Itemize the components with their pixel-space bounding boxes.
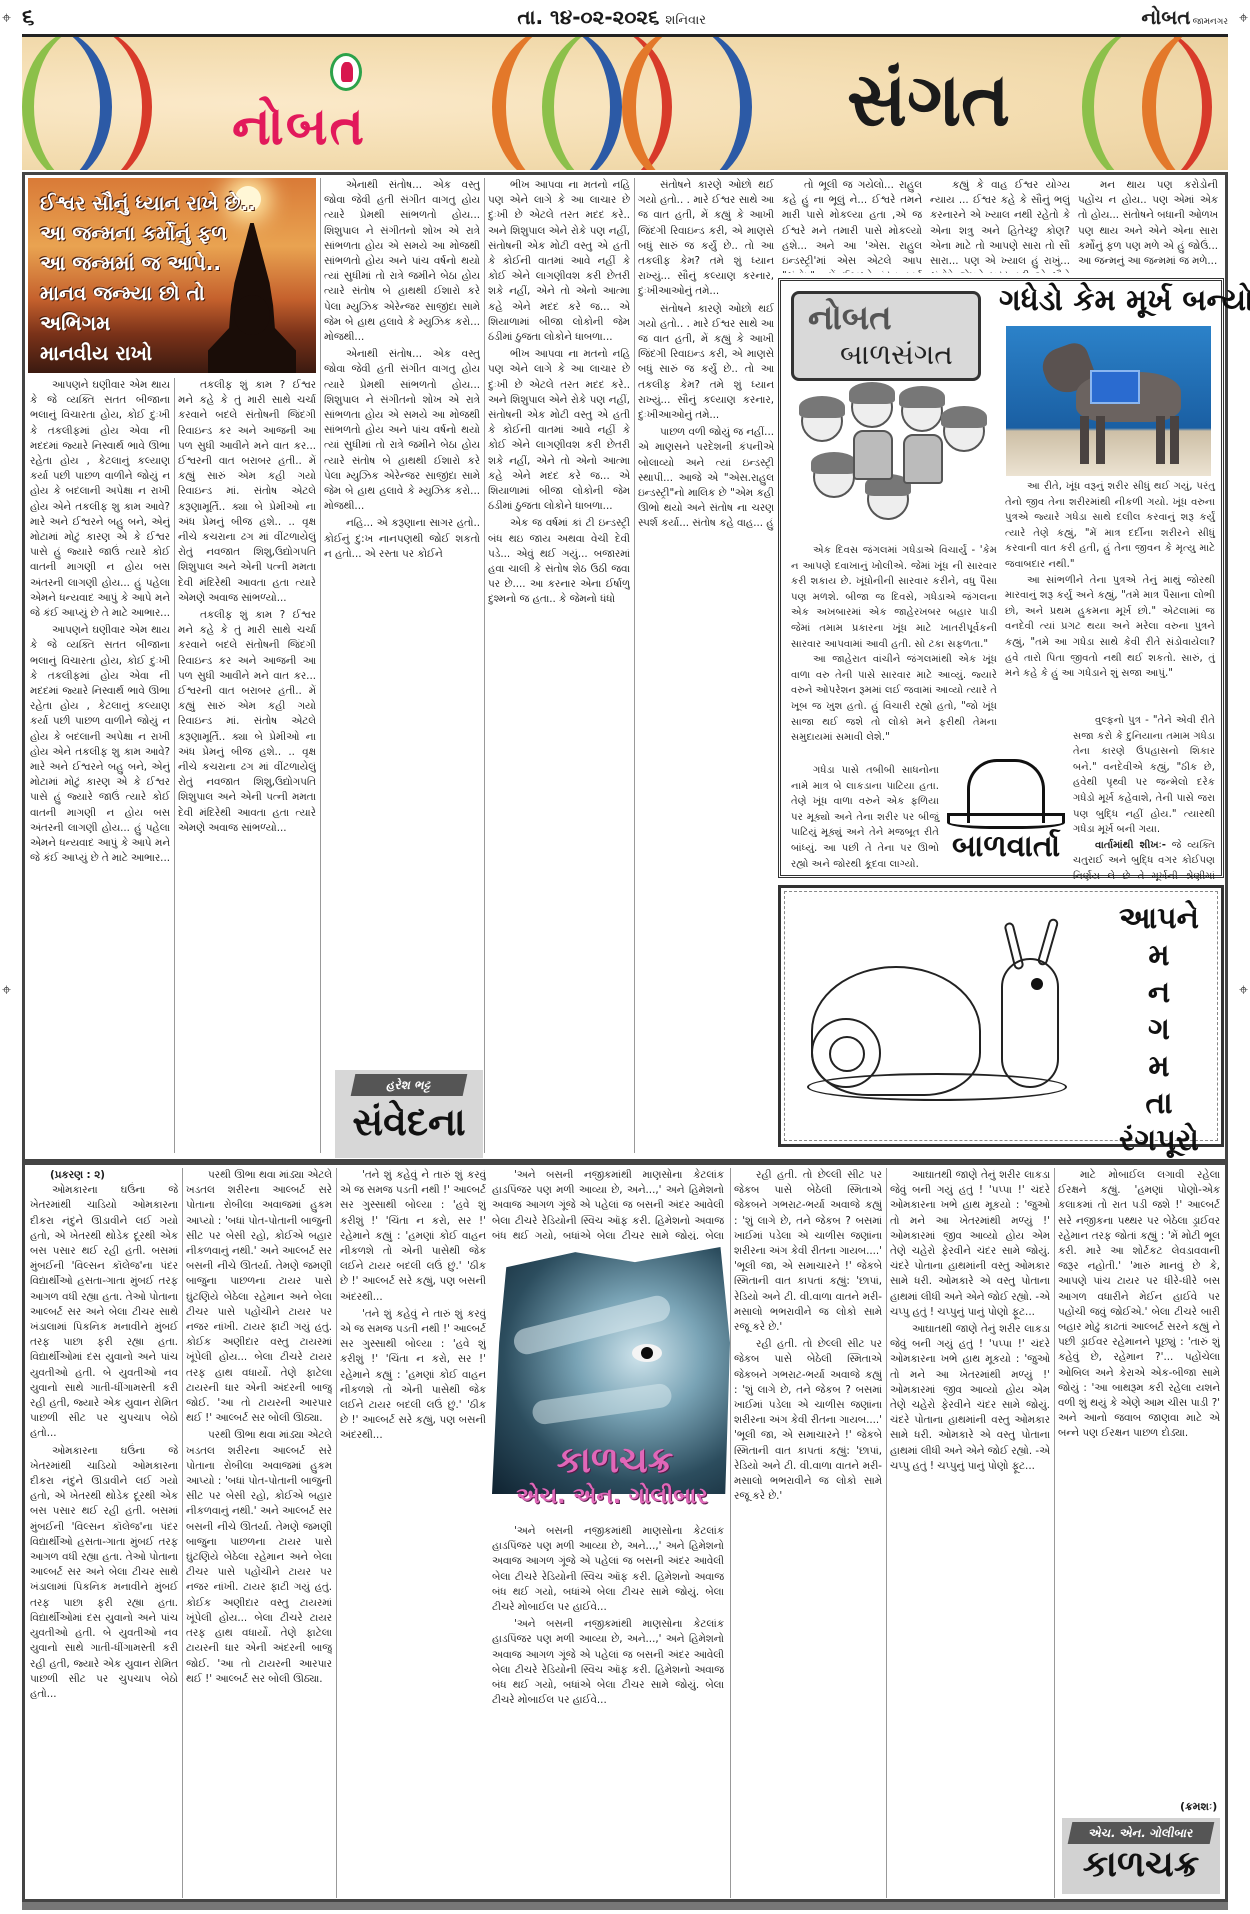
registration-mark-icon: ⌖ xyxy=(1239,980,1248,1000)
donkey-saddle xyxy=(1090,370,1140,404)
sign-title: બાળસંગત xyxy=(840,338,953,372)
article-text: સંતોષને કારણે ઓછો થઈ ગયો હતો.. . મારે ઈશ… xyxy=(638,178,774,300)
article-column: આપણને ઘણીવાર એમ થાય કે જે વ્યક્તિ સતત બી… xyxy=(30,378,170,1153)
article-text: મન થાય પણ કરોડોની પહોંચ ન હોય.. પણ એમાં … xyxy=(1078,178,1218,269)
article-text: ભીખ આપવા ના મતનો નહિ પણ એને લાગે કે આ લા… xyxy=(488,347,630,514)
coloring-section: આપને મ ન ગ મ તા રંગપૂરો xyxy=(778,885,1224,1147)
story-paragraph: એક દિવસ જંગલમાં ગધેડાએ વિચાર્યું - 'કેમ … xyxy=(791,543,997,652)
story-paragraph: આ સાંભળીને તેના પુત્રએ તેનું માથું જોરથી… xyxy=(1005,573,1215,682)
article-text: એનાથી સંતોષ... એક વસ્તુ જોવા જેવી હતી સં… xyxy=(324,347,480,514)
decorative-swirl xyxy=(1142,37,1228,170)
article-column: તો ભૂલી જ ગયેલો... રાહુલ કહે હું ના ભૂલુ… xyxy=(782,178,922,273)
column-byline: હરેશ ભટ્ટ સંવેદના xyxy=(335,1070,483,1158)
hero-image-prayer-sunset: ઈશ્વર સૌનું ધ્યાન રાખે છે.. આ જન્મના કર્… xyxy=(28,178,316,373)
column-divider xyxy=(730,1168,731,1898)
article-text: તકલીફ શું કામ ? ઈશ્વર મને કહે કે તું માર… xyxy=(178,608,316,836)
donkey-leg xyxy=(1170,416,1179,464)
kid-body xyxy=(853,430,893,480)
continued-label: (ક્રમશઃ) xyxy=(1180,1800,1217,1814)
story-paragraph: ગધેડા પાસે તબીબી સાધનોના નામે માત્ર બે લ… xyxy=(791,763,939,872)
author-name: એચ. એન. ગોલીબાર xyxy=(1068,1822,1215,1844)
column-divider xyxy=(320,178,321,1153)
novel-text: રહી હતી. તો છેલ્લી સીટ પર જેકબ પાસે બેઠે… xyxy=(734,1168,882,1335)
donkey-leg xyxy=(1080,416,1089,464)
brand-emblem-icon xyxy=(330,53,362,91)
novel-text: ઓમકારના ઘઉંના જે ખેતરમાંથી ચાડિયો ઓમકારન… xyxy=(30,1444,178,1702)
donkey-leg xyxy=(1096,416,1105,464)
story-right-column-bottom: વુલ્ફનો પુત્ર - "તેને એવી રીતે સજા કરો ક… xyxy=(1073,713,1215,900)
novel-text: આઘાતથી જાણે તેનું શરીર લાકડા જેવું બની ગ… xyxy=(890,1168,1050,1320)
headline-line: માનવીય રાખો xyxy=(40,338,256,368)
story-right-column: આ રીતે, ખૂંધ વરૂનું શરીર સીધું થઈ ગયું, … xyxy=(1005,479,1215,682)
story-left-column-bottom: ગધેડા પાસે તબીબી સાધનોના નામે માત્ર બે લ… xyxy=(791,763,939,872)
article-text: પાછળ વળી જોયું જ નહીં... એ માણસને પરદેશન… xyxy=(638,425,774,531)
column-name: સંવેદના xyxy=(335,1100,483,1145)
kid-face xyxy=(813,456,855,498)
brand-logo: નોબત xyxy=(232,97,366,158)
story-left-column: એક દિવસ જંગલમાં ગધેડાએ વિચાર્યું - 'કેમ … xyxy=(791,543,997,746)
title-line: રંગપૂરો xyxy=(1099,1122,1219,1159)
article-text: સંતોષને કારણે ઓછો થઈ ગયો હતો.. . મારે ઈશ… xyxy=(638,302,774,424)
decorative-swirl xyxy=(622,37,752,170)
section-title: સંગત xyxy=(847,57,1010,144)
article-text: તકલીફ શું કામ ? ઈશ્વર મને કહે કે તું માર… xyxy=(178,378,316,606)
page-header: ૬ તા. ૧૪-૦૨-૨૦૨૬શનિવાર નોબતજામનગર xyxy=(22,0,1228,34)
headline-line: આ જન્મના કર્મોનું ફળ xyxy=(40,218,256,248)
donkey-leg xyxy=(1156,416,1165,464)
article-text: ભીખ આપવા ના મતનો નહિ પણ એને લાગે કે આ લા… xyxy=(488,178,630,345)
article-text: એનાથી સંતોષ... એક વસ્તુ જોવા જેવી હતી સં… xyxy=(324,178,480,345)
article-text: નહિ... એ કરૂણાના સાગર હતો.. કોઈનું દુ:ખ … xyxy=(324,516,480,562)
dateline: તા. ૧૪-૦૨-૨૦૨૬શનિવાર xyxy=(82,5,1141,29)
headline-line: ઈશ્વર સૌનું ધ્યાન રાખે છે.. xyxy=(40,188,256,218)
title-line: તા xyxy=(1099,1085,1219,1122)
balvarta-wordmark: બાળવાર્તા xyxy=(941,829,1071,864)
column-divider xyxy=(1054,1168,1055,1898)
article-text: કહ્યું કે વાહ ઈશ્વર યોગ્ય ન્યાય ... ઈશ્વ… xyxy=(930,178,1070,273)
weekday: શનિવાર xyxy=(665,13,706,28)
eye-shape xyxy=(632,1344,662,1362)
masthead-name: નોબત xyxy=(1141,5,1190,29)
article-column: સંતોષને કારણે ઓછો થઈ ગયો હતો.. . મારે ઈશ… xyxy=(638,178,774,1153)
registration-mark-icon: ⌖ xyxy=(2,980,11,1000)
column-divider xyxy=(886,1168,887,1898)
title-line: ન xyxy=(1099,974,1219,1011)
column-divider xyxy=(634,178,635,1153)
title-line: ગ xyxy=(1099,1011,1219,1048)
novel-text: 'અને બસની નજીકમાંથી માણસોના કેટલાંક હાડપ… xyxy=(492,1524,724,1615)
column-divider xyxy=(336,1168,337,1898)
article-column: તકલીફ શું કામ ? ઈશ્વર મને કહે કે તું માર… xyxy=(178,378,316,1153)
kids-section: નોબત બાળસંગત ગધેડો કેમ મૂર્ખ બન્યો એક દિ… xyxy=(778,278,1224,878)
kid-body xyxy=(903,434,943,484)
article-column: એનાથી સંતોષ... એક વસ્તુ જોવા જેવી હતી સં… xyxy=(324,178,480,1063)
article-text: તો ભૂલી જ ગયેલો... રાહુલ કહે હું ના ભૂલુ… xyxy=(782,178,922,273)
kid-face xyxy=(801,400,843,442)
novel-column-top: 'અને બસની નજીકમાંથી માણસોના કેટલાંક હાડપ… xyxy=(492,1168,724,1240)
headline-line: આ જન્મમાં જ આપે.. xyxy=(40,248,256,278)
article-text: આપણને ઘણીવાર એમ થાય કે જે વ્યક્તિ સતત બી… xyxy=(30,378,170,621)
title-line: આપને xyxy=(1099,900,1219,937)
article-text: એક જ વર્ષમાં કાં ટી ઇન્ડસ્ટ્રી બંધ થઇ જા… xyxy=(488,516,630,607)
novel-text: પરથી ઊભા થવા માંડ્યા એટલે ખડતલ શરીરના આલ… xyxy=(186,1168,332,1426)
date: તા. ૧૪-૦૨-૨૦૨૬ xyxy=(517,5,659,29)
author-name: હરેશ ભટ્ટ xyxy=(351,1074,468,1096)
article-column: કહ્યું કે વાહ ઈશ્વર યોગ્ય ન્યાય ... ઈશ્વ… xyxy=(930,178,1070,273)
kids-section-sign: નોબત બાળસંગત xyxy=(791,291,981,381)
novel-text: પરથી ઊભા થવા માંડ્યા એટલે ખડતલ શરીરના આલ… xyxy=(186,1428,332,1686)
novel-text: આઘાતથી જાણે તેનું શરીર લાકડા જેવું બની ગ… xyxy=(890,1322,1050,1474)
novel-text: 'અને બસની નજીકમાંથી માણસોના કેટલાંક હાડપ… xyxy=(492,1617,724,1708)
novel-column: આઘાતથી જાણે તેનું શરીર લાકડા જેવું બની ગ… xyxy=(890,1168,1050,1898)
page-number: ૬ xyxy=(22,5,82,30)
kid-face xyxy=(943,410,985,452)
story-title: ગધેડો કેમ મૂર્ખ બન્યો xyxy=(999,283,1250,318)
section-banner: નોબત સંગત xyxy=(22,37,1228,170)
story-paragraph: આ રીતે, ખૂંધ વરૂનું શરીર સીધું થઈ ગયું, … xyxy=(1005,479,1215,573)
novel-column: 'તને શું કહેવું ને તારું શું કરવું એ જ સ… xyxy=(340,1168,486,1898)
article-column: મન થાય પણ કરોડોની પહોંચ ન હોય.. પણ એમાં … xyxy=(1078,178,1218,273)
novel-column: (પ્રકરણ : ૨) ઓમકારના ઘઉંના જે ખેતરમાંથી … xyxy=(30,1168,178,1898)
masthead-city: જામનગર xyxy=(1193,17,1228,27)
column-divider xyxy=(182,1168,183,1898)
column-name: કાળચક્ર xyxy=(1062,1844,1220,1886)
novel-text: 'અને બસની નજીકમાંથી માણસોના કેટલાંક હાડપ… xyxy=(492,1168,724,1240)
masthead-logo: નોબતજામનગર xyxy=(1141,5,1228,29)
story-paragraph: વુલ્ફનો પુત્ર - "તેને એવી રીતે સજા કરો ક… xyxy=(1073,713,1215,838)
open-book-icon xyxy=(947,813,1065,829)
decorative-swirl xyxy=(22,37,152,170)
story-paragraph: આ જાહેરાત વાંચીને જંગલમાંથી એક ખૂંધ વાળા… xyxy=(791,652,997,746)
title-line: મ xyxy=(1099,1048,1219,1085)
novel-byline: એચ. એન. ગોલીબાર કાળચક્ર xyxy=(1062,1818,1220,1894)
novel-title: કાળચક્ર xyxy=(500,1440,730,1482)
title-line: મ xyxy=(1099,937,1219,974)
registration-mark-icon: ⌖ xyxy=(1239,8,1248,28)
novel-text: રહી હતી. તો છેલ્લી સીટ પર જેકબ પાસે બેઠે… xyxy=(734,1337,882,1504)
novel-author: એચ. એન. ગોલીબાર xyxy=(494,1484,730,1509)
moral-label: વાર્તામાંથી શીખઃ- xyxy=(1095,840,1166,851)
footer-rule xyxy=(22,1902,1228,1910)
snail-eye xyxy=(1031,978,1043,990)
kids-illustration xyxy=(793,386,988,536)
registration-mark-icon: ⌖ xyxy=(2,8,11,28)
column-divider xyxy=(174,378,175,1153)
novel-column: પરથી ઊભા થવા માંડ્યા એટલે ખડતલ શરીરના આલ… xyxy=(186,1168,332,1898)
column-divider xyxy=(484,178,485,1153)
novel-column: રહી હતી. તો છેલ્લી સીટ પર જેકબ પાસે બેઠે… xyxy=(734,1168,882,1898)
coloring-title: આપને મ ન ગ મ તા રંગપૂરો xyxy=(1099,900,1219,1159)
donkey-photo xyxy=(1006,326,1211,476)
novel-text: માટે મોબાઈલ લગાવી રહેલા ઈરક્ષને કહ્યું. … xyxy=(1058,1168,1220,1442)
kid-face xyxy=(901,390,943,432)
novel-text: 'તને શું કહેવું ને તારું શું કરવું એ જ સ… xyxy=(340,1168,486,1305)
article-column: ભીખ આપવા ના મતનો નહિ પણ એને લાગે કે આ લા… xyxy=(488,178,630,1153)
kid-face xyxy=(867,478,909,520)
article-text: આપણને ઘણીવાર એમ થાય કે જે વ્યક્તિ સતત બી… xyxy=(30,623,170,866)
novel-column: માટે મોબાઈલ લગાવી રહેલા ઈરક્ષને કહ્યું. … xyxy=(1058,1168,1220,1796)
snail-head xyxy=(1001,958,1059,1088)
kid-face xyxy=(851,386,893,428)
novel-text: 'તને શું કહેવું ને તારું શું કરવું એ જ સ… xyxy=(340,1307,486,1444)
hand-shape xyxy=(531,1382,673,1425)
novel-column-bottom: 'અને બસની નજીકમાંથી માણસોના કેટલાંક હાડપ… xyxy=(492,1524,724,1898)
balvarta-logo: બાળવાર્તા xyxy=(941,751,1071,871)
snail-spiral xyxy=(811,1018,881,1088)
headline-line: અભિગમ xyxy=(40,308,256,338)
headline-line: માનવ જન્મ્યા છો તો xyxy=(40,278,256,308)
novel-text: ઓમકારના ઘઉંના જે ખેતરમાંથી ચાડિયો ઓમકારન… xyxy=(30,1183,178,1441)
sign-brand: નોબત xyxy=(808,298,892,338)
hero-headline: ઈશ્વર સૌનું ધ્યાન રાખે છે.. આ જન્મના કર્… xyxy=(40,188,256,368)
chapter-label: (પ્રકરણ : ૨) xyxy=(30,1168,178,1183)
